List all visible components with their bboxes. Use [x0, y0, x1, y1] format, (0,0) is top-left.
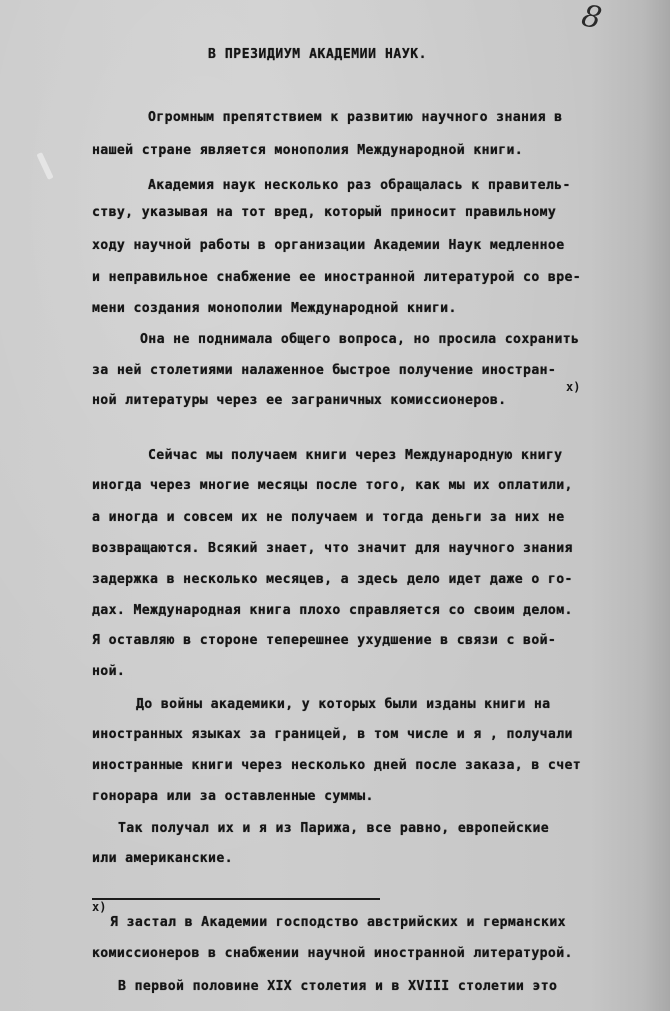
body-line: нашей стране является монополия Междунар… [92, 143, 523, 158]
document-title: В ПРЕЗИДИУМ АКАДЕМИИ НАУК. [208, 47, 427, 62]
body-line: иностранные книги через несколько дней п… [92, 758, 581, 773]
body-line: а иногда и совсем их не получаем и тогда… [92, 510, 565, 525]
footnote-line: комиссионеров в снабжении научной иностр… [92, 946, 573, 961]
footnote-line: В первой половине XIX столетия и в XVIII… [118, 979, 557, 994]
body-line: Академия наук несколько раз обращалась к… [148, 178, 571, 193]
footnote-marker: x) [92, 900, 106, 914]
body-line: Огромным препятствием к развитию научног… [148, 110, 562, 125]
body-line: и неправильное снабжение ее иностранной … [92, 270, 581, 285]
body-line: Она не поднимала общего вопроса, но прос… [140, 332, 579, 347]
body-line: Я оставляю в стороне теперешнее ухудшени… [92, 633, 556, 648]
body-line: задержка в несколько месяцев, а здесь де… [92, 572, 573, 587]
footnote-separator [92, 898, 380, 900]
footnote-line: Я застал в Академии господство австрийск… [110, 915, 566, 930]
document-page: 8 В ПРЕЗИДИУМ АКАДЕМИИ НАУК. Огромным пр… [0, 0, 670, 1011]
body-line: иногда через многие месяцы после того, к… [92, 478, 573, 493]
body-line: мени создания монополии Международной кн… [92, 301, 457, 316]
body-line: ной литературы через ее заграничных коми… [92, 393, 506, 408]
body-line: дах. Международная книга плохо справляет… [92, 603, 573, 618]
body-line: До войны академики, у которых были издан… [136, 697, 550, 712]
body-line: или американские. [92, 851, 233, 866]
body-line: за ней столетиями налаженное быстрое пол… [92, 363, 556, 378]
paper-scratch [36, 152, 53, 180]
body-line: Так получал их и я из Парижа, все равно,… [118, 821, 549, 836]
body-line: ной. [92, 664, 125, 679]
body-line: Сейчас мы получаем книги через Междунаро… [148, 448, 562, 463]
body-line: ству, указывая на тот вред, который прин… [92, 205, 556, 220]
body-line: гонорара или за оставленные суммы. [92, 789, 374, 804]
footnote-reference: x) [566, 380, 580, 394]
handwritten-page-number: 8 [579, 0, 605, 37]
body-line: иностранных языках за границей, в том чи… [92, 727, 573, 742]
body-line: ходу научной работы в организации Академ… [92, 238, 565, 253]
body-line: возвращаются. Всякий знает, что значит д… [92, 541, 573, 556]
